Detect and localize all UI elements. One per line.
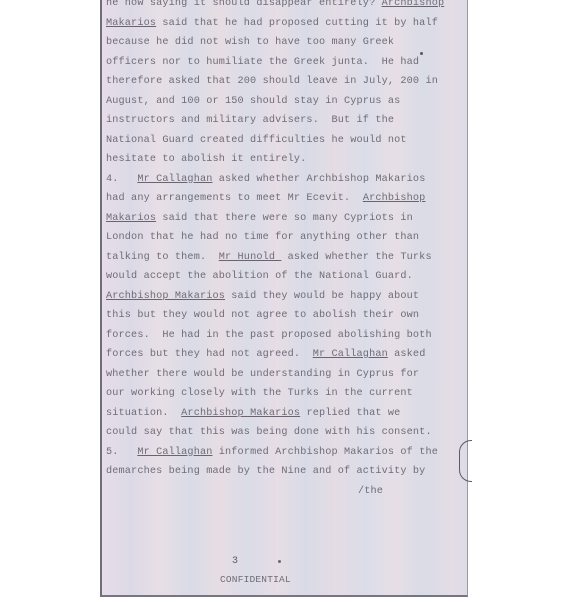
ink-dot (278, 560, 281, 563)
text-line: demarches being made by the Nine and of … (106, 462, 466, 482)
text-line: therefore asked that 200 should leave in… (106, 72, 466, 92)
text-line: our working closely with the Turks in th… (106, 384, 466, 404)
text-line: he now saying it should disappear entire… (106, 0, 466, 14)
underlined-name: Archbishop (363, 193, 426, 204)
text-line: this but they would not agree to abolish… (106, 306, 466, 326)
text-line: forces. He had in the past proposed abol… (106, 326, 466, 346)
underlined-name: Mr Hunold (219, 252, 282, 263)
text-line: 4. Mr Callaghan asked whether Archbishop… (106, 170, 466, 190)
text-line: Makarios said that there were so many Cy… (106, 209, 466, 229)
text-line: 5. Mr Callaghan informed Archbishop Maka… (106, 443, 466, 463)
underlined-name: Archbishop Makarios (181, 408, 300, 419)
text-line: forces but they had not agreed. Mr Calla… (106, 345, 466, 365)
underlined-name: Makarios (106, 213, 156, 224)
text-line: could say that this was being done with … (106, 423, 466, 443)
page-number: 3 (232, 556, 238, 567)
text-line: August, and 100 or 150 should stay in Cy… (106, 92, 466, 112)
text-line: would accept the abolition of the Nation… (106, 267, 466, 287)
underlined-name: Archbishop Makarios (106, 291, 225, 302)
text-line: hesitate to abolish it entirely. (106, 150, 466, 170)
underlined-name: Makarios (106, 18, 156, 29)
text-line: Archbishop Makarios said they would be h… (106, 287, 466, 307)
document-body: he now saying it should disappear entire… (106, 0, 466, 501)
text-line: talking to them. Mr Hunold asked whether… (106, 248, 466, 268)
text-line: London that he had no time for anything … (106, 228, 466, 248)
text-line: situation. Archbishop Makarios replied t… (106, 404, 466, 424)
text-line: because he did not wish to have too many… (106, 33, 466, 53)
margin-bracket-mark (459, 440, 472, 482)
text-line: officers nor to humiliate the Greek junt… (106, 53, 466, 73)
document-page: he now saying it should disappear entire… (100, 0, 468, 597)
catchword: /the (106, 482, 466, 502)
underlined-name: Mr Callaghan (137, 447, 212, 458)
text-line: National Guard created difficulties he w… (106, 131, 466, 151)
underlined-name: Mr Callaghan (313, 349, 388, 360)
classification-label: CONFIDENTIAL (220, 574, 291, 585)
underlined-name: Mr Callaghan (137, 174, 212, 185)
text-line: instructors and military advisers. But i… (106, 111, 466, 131)
text-line: Makarios said that he had proposed cutti… (106, 14, 466, 34)
text-line: had any arrangements to meet Mr Ecevit. … (106, 189, 466, 209)
underlined-name: Archbishop (382, 0, 445, 9)
ink-mark (420, 52, 423, 55)
text-line: whether there would be understanding in … (106, 365, 466, 385)
